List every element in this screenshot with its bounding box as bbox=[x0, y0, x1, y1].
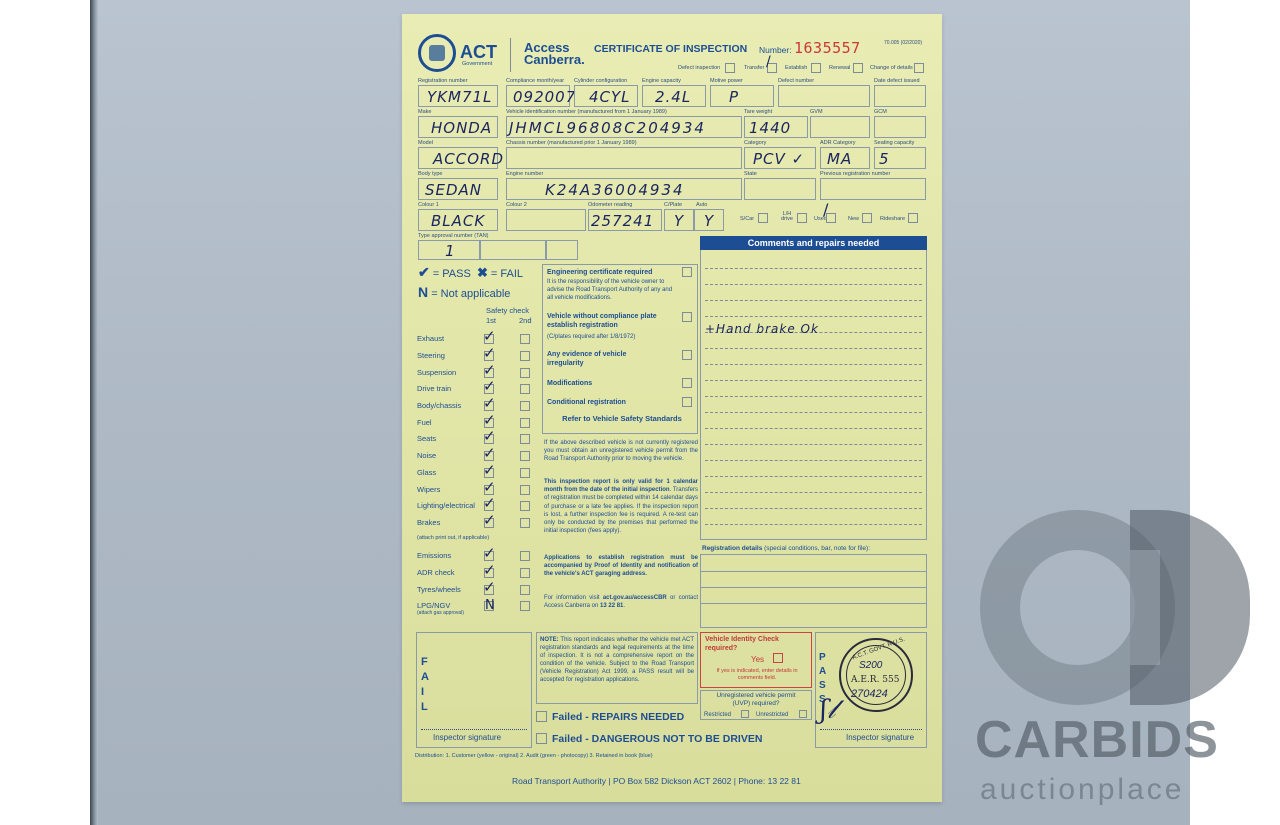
adr-category-field[interactable]: MA bbox=[820, 147, 870, 169]
purpose-defect-label: Defect inspection bbox=[678, 65, 720, 71]
failed-dangerous-checkbox[interactable] bbox=[536, 733, 547, 744]
act-crest-icon bbox=[418, 34, 456, 72]
used-checkbox[interactable]: / bbox=[826, 213, 836, 223]
check-row-lighting: Lighting/electrical bbox=[417, 501, 475, 510]
suspension-2nd-checkbox[interactable] bbox=[520, 368, 530, 378]
check-row-noise: Noise bbox=[417, 451, 436, 460]
check-row-wipers: Wipers bbox=[417, 485, 440, 494]
odometer-label: Odometer reading bbox=[588, 202, 632, 208]
pass-inspector-signature: Inspector signature bbox=[846, 733, 914, 742]
second-col-header: 2nd bbox=[519, 316, 532, 325]
category-field[interactable]: PCV ✓ bbox=[744, 147, 816, 169]
inspection-certificate: ACT Government AccessCanberra. CERTIFICA… bbox=[402, 14, 942, 802]
fail-letters: F A I L bbox=[421, 655, 431, 715]
fail-inspector-signature: Inspector signature bbox=[433, 733, 501, 742]
purpose-establish-label: Establish bbox=[785, 65, 807, 71]
failed-repairs-label: Failed - REPAIRS NEEDED bbox=[552, 711, 684, 723]
vic-yes-checkbox[interactable] bbox=[773, 653, 783, 663]
tick-icon: ✔ bbox=[418, 264, 430, 280]
uvp-unrestricted-checkbox[interactable] bbox=[799, 710, 807, 718]
body-chassis-1st-checkbox[interactable]: ✓ bbox=[484, 401, 494, 411]
purpose-transfer-checkbox[interactable]: / bbox=[767, 63, 777, 73]
steering-1st-checkbox[interactable]: ✓ bbox=[484, 351, 494, 361]
eng-cert-heading: Engineering certificate required bbox=[547, 268, 652, 277]
vehicle-identity-check-box: Vehicle Identity Check required? Yes If … bbox=[700, 632, 812, 688]
glass-1st-checkbox[interactable]: ✓ bbox=[484, 468, 494, 478]
comment-entry: +Hand brake Ok bbox=[705, 322, 819, 336]
number-label: Number: bbox=[759, 45, 792, 55]
seats-1st-checkbox[interactable]: ✓ bbox=[484, 434, 494, 444]
auto-field[interactable]: Y bbox=[694, 209, 724, 231]
glass-2nd-checkbox[interactable] bbox=[520, 468, 530, 478]
conditional-checkbox[interactable] bbox=[682, 397, 692, 407]
colour1-field[interactable]: BLACK bbox=[418, 209, 498, 231]
tan-label: Type approval number (TAN) bbox=[418, 233, 489, 239]
gvm-field[interactable] bbox=[810, 116, 870, 138]
check-row-fuel: Fuel bbox=[417, 418, 432, 427]
check-row-drive-train: Drive train bbox=[417, 384, 451, 393]
engine-capacity-label: Engine capacity bbox=[642, 78, 681, 84]
purpose-transfer-label: Transfer bbox=[744, 65, 764, 71]
cplate-label: C/Plate bbox=[664, 202, 682, 208]
adr-category-label: ADR Category bbox=[820, 140, 855, 146]
purpose-change-checkbox[interactable] bbox=[914, 63, 924, 73]
inspection-stamp: A.C.T. GOVT. R.U.S. S200 A.E.R. 555 2704… bbox=[839, 638, 913, 712]
uvp-restricted-checkbox[interactable] bbox=[741, 710, 749, 718]
info-paragraph: For information visit act.gov.au/accessC… bbox=[544, 594, 698, 610]
model-field[interactable]: ACCORD bbox=[418, 147, 498, 169]
pass-fail-legend: ✔ = PASS ✖ = FAIL bbox=[418, 264, 523, 281]
make-label: Make bbox=[418, 109, 431, 115]
noise-1st-checkbox[interactable]: ✓ bbox=[484, 451, 494, 461]
defect-number-field[interactable] bbox=[778, 85, 870, 107]
comments-heading: Comments and repairs needed bbox=[700, 236, 927, 250]
rideshare-label: Rideshare bbox=[880, 216, 905, 222]
fuel-2nd-checkbox[interactable] bbox=[520, 418, 530, 428]
act-logo-text: ACT bbox=[460, 42, 497, 63]
lpg-note: (attach gas approval) bbox=[417, 610, 464, 616]
auto-label: Auto bbox=[696, 202, 707, 208]
tan-field-1[interactable]: 1 bbox=[418, 240, 480, 260]
info-link[interactable]: act.gov.au/accessCBR bbox=[603, 595, 667, 601]
tyres-1st-checkbox[interactable]: ✓ bbox=[484, 585, 494, 595]
check-row-seats: Seats bbox=[417, 434, 436, 443]
engine-capacity-field[interactable]: 2.4L bbox=[642, 85, 706, 107]
exhaust-1st-checkbox[interactable]: ✓ bbox=[484, 334, 494, 344]
reg-number-label: Registration number bbox=[418, 78, 468, 84]
failed-dangerous-label: Failed - DANGEROUS NOT TO BE DRIVEN bbox=[552, 733, 762, 745]
cross-icon: ✖ bbox=[477, 265, 488, 280]
colour2-field[interactable] bbox=[506, 209, 586, 231]
colour2-label: Colour 2 bbox=[506, 202, 527, 208]
check-row-suspension: Suspension bbox=[417, 368, 456, 377]
fail-box: F A I L Inspector signature bbox=[416, 632, 532, 748]
modifications-checkbox[interactable] bbox=[682, 378, 692, 388]
purpose-renewal-label: Renewal bbox=[829, 65, 850, 71]
lpg-1st-checkbox[interactable]: N bbox=[484, 601, 494, 611]
lh-drive-checkbox[interactable] bbox=[797, 213, 807, 223]
motive-power-field[interactable]: P bbox=[710, 85, 774, 107]
check-row-tyres: Tyres/wheels bbox=[417, 585, 461, 594]
eng-cert-checkbox[interactable] bbox=[682, 267, 692, 277]
emissions-1st-checkbox[interactable]: ✓ bbox=[484, 551, 494, 561]
unregistered-paragraph: If the above described vehicle is not cu… bbox=[544, 439, 698, 464]
validity-paragraph: This inspection report is only valid for… bbox=[544, 478, 698, 535]
vin-field[interactable]: JHMCL96808C204934 bbox=[506, 116, 742, 138]
purpose-renewal-checkbox[interactable] bbox=[853, 63, 863, 73]
category-label: Category bbox=[744, 140, 766, 146]
uvp-box: Unregistered vehicle permit (UVP) requir… bbox=[700, 690, 812, 720]
check-row-brakes: Brakes bbox=[417, 518, 440, 527]
footer-address: Road Transport Authority | PO Box 582 Di… bbox=[512, 776, 801, 786]
brakes-1st-checkbox[interactable]: ✓ bbox=[484, 518, 494, 528]
reg-number-field[interactable]: YKM71L bbox=[418, 85, 498, 107]
compliance-label: Compliance month/year bbox=[506, 78, 564, 84]
check-row-emissions: Emissions bbox=[417, 551, 451, 560]
drive-train-1st-checkbox[interactable]: ✓ bbox=[484, 384, 494, 394]
model-label: Model bbox=[418, 140, 433, 146]
check-row-lpg: LPG/NGV bbox=[417, 601, 450, 610]
na-legend: N = Not applicable bbox=[418, 284, 510, 300]
scar-label: S/Car bbox=[740, 216, 754, 222]
modifications-heading: Modifications bbox=[547, 379, 592, 388]
first-col-header: 1st bbox=[486, 316, 496, 325]
motive-power-label: Motive power bbox=[710, 78, 743, 84]
purpose-defect-checkbox[interactable] bbox=[725, 63, 735, 73]
chassis-label: Chassis number (manufactured prior 1 Jan… bbox=[506, 140, 637, 146]
emissions-2nd-checkbox[interactable] bbox=[520, 551, 530, 561]
date-defect-field[interactable] bbox=[874, 85, 926, 107]
adr-2nd-checkbox[interactable] bbox=[520, 568, 530, 578]
seating-field[interactable]: 5 bbox=[874, 147, 926, 169]
body-chassis-2nd-checkbox[interactable] bbox=[520, 401, 530, 411]
distribution-note: Distribution: 1. Customer (yellow - orig… bbox=[415, 753, 653, 759]
form-code: 70.005 (02/2020) bbox=[884, 40, 922, 46]
defect-number-label: Defect number bbox=[778, 78, 814, 84]
lighting-1st-checkbox[interactable]: ✓ bbox=[484, 501, 494, 511]
certificate-number: 1635557 bbox=[794, 39, 861, 57]
brakes-2nd-checkbox[interactable] bbox=[520, 518, 530, 528]
body-type-label: Body type bbox=[418, 171, 442, 177]
comments-area[interactable]: +Hand brake Ok bbox=[700, 250, 927, 540]
cylinder-label: Cylinder configuration bbox=[574, 78, 627, 84]
prev-reg-label: Previous registration number bbox=[820, 171, 890, 177]
irregularity-checkbox[interactable] bbox=[682, 350, 692, 360]
cylinder-field[interactable]: 4CYL bbox=[574, 85, 638, 107]
colour1-label: Colour 1 bbox=[418, 202, 439, 208]
conditional-heading: Conditional registration bbox=[547, 398, 626, 407]
chassis-field[interactable] bbox=[506, 147, 742, 169]
check-row-adr: ADR check bbox=[417, 568, 455, 577]
lighting-2nd-checkbox[interactable] bbox=[520, 501, 530, 511]
tan-field-2[interactable] bbox=[480, 240, 546, 260]
wipers-2nd-checkbox[interactable] bbox=[520, 485, 530, 495]
check-row-steering: Steering bbox=[417, 351, 445, 360]
exhaust-2nd-checkbox[interactable] bbox=[520, 334, 530, 344]
noise-2nd-checkbox[interactable] bbox=[520, 451, 530, 461]
new-label: New bbox=[848, 216, 859, 222]
engine-number-label: Engine number bbox=[506, 171, 543, 177]
access-canberra-logo: AccessCanberra. bbox=[524, 42, 585, 66]
no-plate-heading: Vehicle without compliance plate establi… bbox=[547, 312, 677, 330]
compliance-field[interactable]: 092007 bbox=[506, 85, 570, 107]
make-field[interactable]: HONDA bbox=[418, 116, 498, 138]
lh-drive-label: L/H drive bbox=[780, 212, 794, 222]
odometer-field[interactable]: 257241 bbox=[588, 209, 662, 231]
no-plate-text: (C/plates required after 1/8/1972) bbox=[547, 333, 635, 341]
act-government-text: Government bbox=[462, 61, 492, 67]
gvm-label: GVM bbox=[810, 109, 823, 115]
irregularity-heading: Any evidence of vehicle irregularity bbox=[547, 350, 657, 368]
state-field[interactable] bbox=[744, 178, 816, 200]
eng-cert-text: It is the responsibility of the vehicle … bbox=[547, 278, 677, 302]
engine-number-field[interactable]: K24A36004934 bbox=[506, 178, 742, 200]
refer-standards: Refer to Vehicle Safety Standards bbox=[562, 414, 682, 423]
failed-repairs-checkbox[interactable] bbox=[536, 711, 547, 722]
check-row-body-chassis: Body/chassis bbox=[417, 401, 461, 410]
seats-2nd-checkbox[interactable] bbox=[520, 434, 530, 444]
note-box: NOTE: This report indicates whether the … bbox=[536, 632, 698, 704]
tyres-2nd-checkbox[interactable] bbox=[520, 585, 530, 595]
inspector-signature-scribble: ʃ𝓁 bbox=[820, 695, 836, 726]
scar-checkbox[interactable] bbox=[758, 213, 768, 223]
safety-check-header: Safety check bbox=[486, 306, 529, 315]
purpose-establish-checkbox[interactable] bbox=[811, 63, 821, 73]
rideshare-checkbox[interactable] bbox=[908, 213, 918, 223]
vin-label: Vehicle identification number (manufactu… bbox=[506, 109, 667, 115]
seating-label: Seating capacity bbox=[874, 140, 914, 146]
gcm-field[interactable] bbox=[874, 116, 926, 138]
cplate-field[interactable]: Y bbox=[664, 209, 694, 231]
new-checkbox[interactable] bbox=[862, 213, 872, 223]
reg-details-area[interactable] bbox=[700, 554, 927, 628]
tan-field-3[interactable] bbox=[546, 240, 578, 260]
check-row-glass: Glass bbox=[417, 468, 436, 477]
no-plate-checkbox[interactable] bbox=[682, 312, 692, 322]
applications-paragraph: Applications to establish registration m… bbox=[544, 554, 698, 579]
lpg-2nd-checkbox[interactable] bbox=[520, 601, 530, 611]
drive-train-2nd-checkbox[interactable] bbox=[520, 384, 530, 394]
steering-2nd-checkbox[interactable] bbox=[520, 351, 530, 361]
body-type-field[interactable]: SEDAN bbox=[418, 178, 498, 200]
reg-details-label: Registration details (special conditions… bbox=[702, 545, 870, 552]
check-row-exhaust: Exhaust bbox=[417, 334, 444, 343]
certificate-title: CERTIFICATE OF INSPECTION bbox=[594, 43, 747, 55]
brakes-note: (attach print out, if applicable) bbox=[417, 535, 489, 541]
surface-edge bbox=[90, 0, 98, 825]
adr-1st-checkbox[interactable]: ✓ bbox=[484, 568, 494, 578]
logo-divider bbox=[510, 38, 511, 72]
gcm-label: GCM bbox=[874, 109, 887, 115]
date-defect-label: Date defect issued bbox=[874, 78, 920, 84]
tare-field[interactable]: 1440 bbox=[744, 116, 808, 138]
carbids-watermark: CARBIDS auctionplace bbox=[980, 505, 1270, 825]
prev-reg-field[interactable] bbox=[820, 178, 926, 200]
tare-label: Tare weight bbox=[744, 109, 772, 115]
state-label: State bbox=[744, 171, 757, 177]
purpose-change-label: Change of details bbox=[870, 65, 913, 71]
